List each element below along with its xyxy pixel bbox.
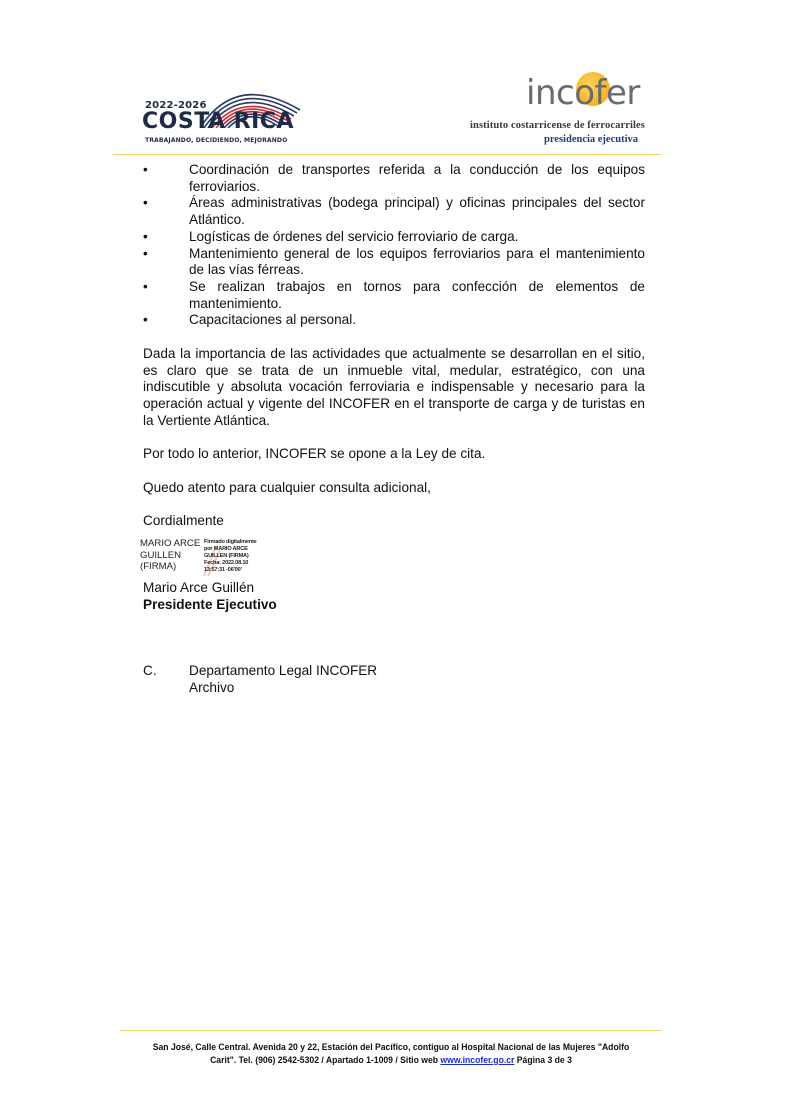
signature-metadata: Firmado digitalmente por MARIO ARCE GUIL… <box>204 539 257 574</box>
signer-title: Presidente Ejecutivo <box>143 597 277 614</box>
activities-list: •Coordinación de transportes referida a … <box>143 162 645 329</box>
incofer-logo: incofer instituto costarricense de ferro… <box>468 72 658 148</box>
logo-country-name: COSTA RICA <box>142 111 294 133</box>
list-item: •Logísticas de órdenes del servicio ferr… <box>143 229 645 246</box>
bullet-icon: • <box>143 246 148 263</box>
incofer-institution-name: instituto costarricense de ferrocarriles <box>470 120 645 131</box>
page-number: Página 3 de 3 <box>514 1054 572 1065</box>
copies-recipients: Departamento Legal INCOFER Archivo <box>189 663 377 696</box>
website-link[interactable]: www.incofer.go.cr <box>440 1054 514 1065</box>
copy-recipient: Archivo <box>189 680 377 697</box>
page-footer: San José, Calle Central. Avenida 20 y 22… <box>142 1040 641 1066</box>
costa-rica-government-logo: 2022-2026 COSTA RICA TRABAJANDO, DECIDIE… <box>140 76 300 150</box>
header-divider <box>113 154 661 155</box>
copy-recipient: Departamento Legal INCOFER <box>189 663 377 680</box>
opposition-paragraph: Por todo lo anterior, INCOFER se opone a… <box>143 446 645 463</box>
closing-paragraph: Quedo atento para cualquier consulta adi… <box>143 480 645 497</box>
list-item: •Áreas administrativas (bodega principal… <box>143 195 645 228</box>
logo-slogan: TRABAJANDO, DECIDIENDO, MEJORANDO <box>145 137 287 144</box>
incofer-department: presidencia ejecutiva <box>544 134 638 145</box>
list-item: •Mantenimiento general de los equipos fe… <box>143 246 645 279</box>
importance-paragraph: Dada la importancia de las actividades q… <box>143 346 645 430</box>
signature-stamp-name: MARIO ARCE GUILLEN (FIRMA) <box>140 538 200 573</box>
list-item: •Capacitaciones al personal. <box>143 312 645 329</box>
copies-label: C. <box>143 663 157 680</box>
footer-address-line-1: San José, Calle Central. Avenida 20 y 22… <box>142 1040 641 1053</box>
salutation: Cordialmente <box>143 513 645 530</box>
bullet-icon: • <box>143 229 148 246</box>
digital-signature-stamp: MARIO ARCE GUILLEN (FIRMA) Firmado digit… <box>140 538 280 578</box>
bullet-icon: • <box>143 162 148 179</box>
list-item: •Coordinación de transportes referida a … <box>143 162 645 195</box>
incofer-wordmark: incofer <box>526 76 640 110</box>
list-item: •Se realizan trabajos en tornos para con… <box>143 279 645 312</box>
footer-address-line-2: Carit". Tel. (906) 2542-5302 / Apartado … <box>142 1053 641 1066</box>
signer-name: Mario Arce Guillén <box>143 580 254 597</box>
bullet-icon: • <box>143 195 148 212</box>
footer-divider <box>120 1030 662 1031</box>
bullet-icon: • <box>143 312 148 329</box>
bullet-icon: • <box>143 279 148 296</box>
